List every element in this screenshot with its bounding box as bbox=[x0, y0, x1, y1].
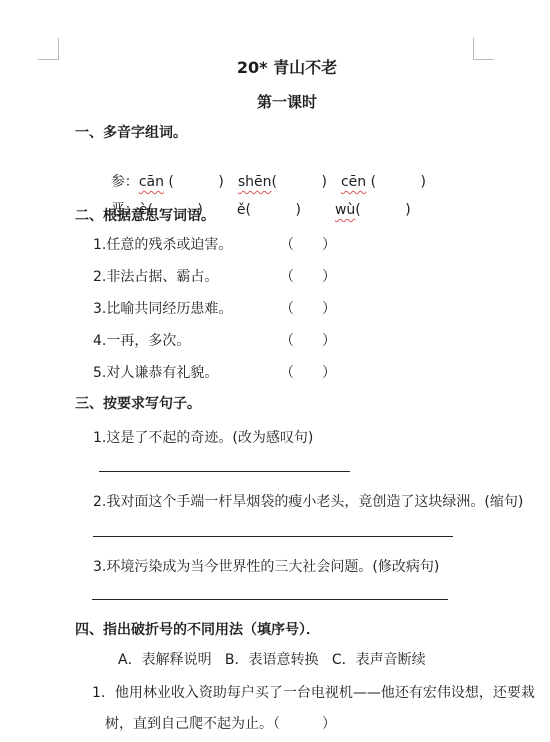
sentence-item-1: 1.这是了不起的奇迹。(改为感叹句) bbox=[93, 428, 313, 448]
section1-heading: 一、多音字组词。 bbox=[75, 123, 187, 143]
section4-heading: 四、指出破折号的不同用法（填序号）． bbox=[75, 620, 320, 640]
text-boundary-corner-left bbox=[38, 38, 59, 60]
answer-blank: （ ） bbox=[280, 363, 336, 383]
worksheet-page: 20* 青山不老 第一课时 一、多音字组词。 参：cān ( )shēn( )c… bbox=[0, 0, 550, 742]
answer-line bbox=[99, 471, 350, 472]
definition-item-4: 4.一再，多次。 bbox=[93, 331, 190, 351]
definition-item-5: 5.对人谦恭有礼貌。 bbox=[93, 363, 218, 383]
definition-item-2: 2.非法占据、霸占。 bbox=[93, 267, 218, 287]
definition-item-1: 1.任意的残杀或迫害。 bbox=[93, 235, 232, 255]
answer-blank: （ ） bbox=[280, 267, 336, 287]
lesson-title: 20* 青山不老 bbox=[137, 58, 437, 78]
dash-item-line2: 树，直到自己爬不起为止。（ ） bbox=[105, 714, 336, 734]
pinyin-e3: ě bbox=[237, 202, 246, 218]
answer-line bbox=[93, 536, 453, 537]
text-boundary-corner-right bbox=[473, 38, 494, 60]
dash-usage-options: A．表解释说明 B．表语意转换 C．表声音断续 bbox=[118, 650, 426, 670]
section2-heading: 二、根据意思写词语。 bbox=[75, 206, 215, 226]
answer-line bbox=[92, 599, 448, 600]
sentence-item-2: 2.我对面这个手端一杆旱烟袋的瘦小老头，竟创造了这块绿洲。(缩句) bbox=[93, 492, 523, 512]
answer-blank: （ ） bbox=[280, 299, 336, 319]
answer-blank: （ ） bbox=[280, 331, 336, 351]
answer-blank: ( ) bbox=[355, 202, 410, 218]
sentence-item-3: 3.环境污染成为当今世界性的三大社会问题。(修改病句) bbox=[93, 557, 439, 577]
definition-item-3: 3.比喻共同经历患难。 bbox=[93, 299, 232, 319]
dash-item-line1: 1．他用林业收入资助每户买了一台电视机——他还有宏伟设想，还要栽 bbox=[92, 683, 535, 703]
section3-heading: 三、按要求写句子。 bbox=[75, 394, 201, 414]
answer-blank: （ ） bbox=[280, 235, 336, 255]
pinyin-wu: wù bbox=[335, 202, 355, 218]
lesson-subtitle: 第一课时 bbox=[137, 92, 437, 112]
answer-blank: ( ) bbox=[246, 202, 301, 218]
